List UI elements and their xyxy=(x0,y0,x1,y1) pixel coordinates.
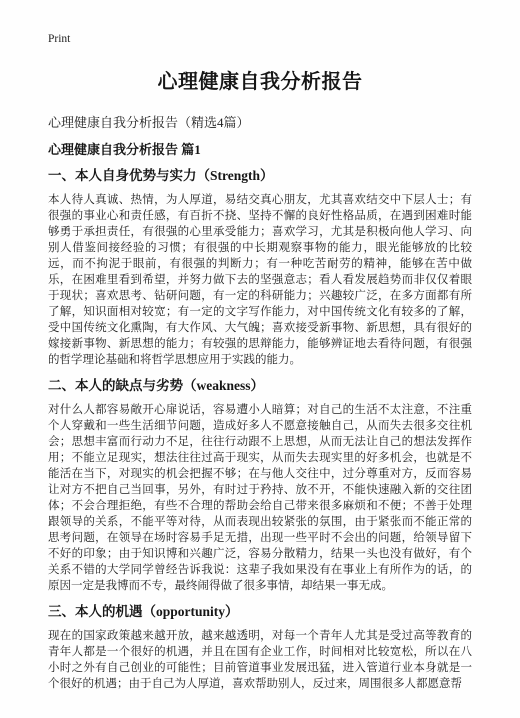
document-subtitle: 心理健康自我分析报告（精选4篇） xyxy=(48,114,472,131)
section-heading-opportunity: 三、本人的机遇（opportunity） xyxy=(48,603,472,621)
series-title: 心理健康自我分析报告 篇1 xyxy=(48,141,472,158)
section-weakness: 二、本人的缺点与劣势（weakness） 对什么人都容易敞开心扉说话，容易遭小人… xyxy=(48,377,472,594)
section-body-weakness: 对什么人都容易敞开心扉说话，容易遭小人暗算；对自己的生活不太注意，不注重个人穿戴… xyxy=(48,402,472,594)
section-body-strength: 本人待人真诚、热情，为人厚道，易结交真心朋友，尤其喜欢结交中下层人士；有很强的事… xyxy=(48,192,472,368)
section-body-opportunity: 现在的国家政策越来越开放，越来越透明，对每一个青年人尤其是受过高等教育的青年人都… xyxy=(48,628,472,692)
section-strength: 一、本人自身优势与实力（Strength） 本人待人真诚、热情，为人厚道，易结交… xyxy=(48,167,472,368)
section-heading-strength: 一、本人自身优势与实力（Strength） xyxy=(48,167,472,185)
document-title: 心理健康自我分析报告 xyxy=(48,69,472,95)
print-button[interactable]: Print xyxy=(48,32,472,46)
document-page: Print 心理健康自我分析报告 心理健康自我分析报告（精选4篇） 心理健康自我… xyxy=(0,0,520,718)
section-opportunity: 三、本人的机遇（opportunity） 现在的国家政策越来越开放，越来越透明，… xyxy=(48,603,472,692)
section-heading-weakness: 二、本人的缺点与劣势（weakness） xyxy=(48,377,472,395)
